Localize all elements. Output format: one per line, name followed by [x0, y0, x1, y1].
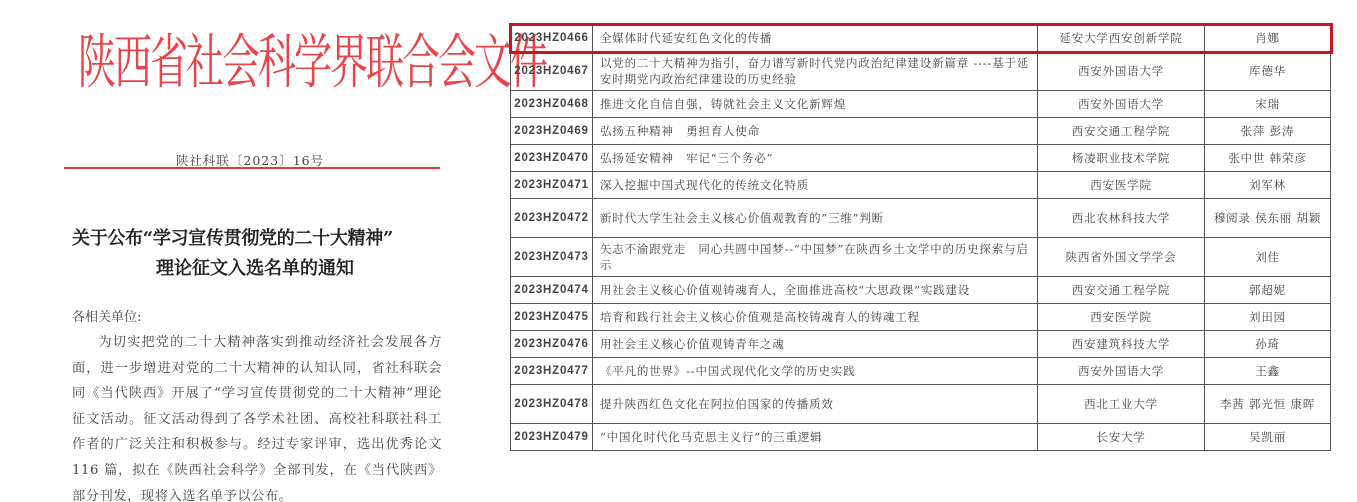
organization-cell: 西安交通工程学院	[1038, 277, 1205, 304]
code-cell: 2023HZ0471	[511, 172, 593, 199]
title-cell: 全媒体时代延安红色文化的传播	[593, 25, 1038, 52]
table-row: 2023HZ0467以党的二十大精神为指引，奋力谱写新时代党内政治纪律建设新篇章…	[511, 52, 1331, 91]
table-row: 2023HZ0472新时代大学生社会主义核心价值观教育的“三维”判断西北农林科技…	[511, 199, 1331, 238]
organization-cell: 西北工业大学	[1038, 385, 1205, 424]
code-cell: 2023HZ0476	[511, 331, 593, 358]
notice-title-line2: 理论征文入选名单的通知	[60, 254, 440, 280]
code-cell: 2023HZ0467	[511, 52, 593, 91]
document-masthead: 陕西省社会科学界联合会文件	[78, 28, 448, 152]
code-cell: 2023HZ0472	[511, 199, 593, 238]
table-row: 2023HZ0473矢志不渝跟党走 同心共圆中国梦--“中国梦”在陕西乡土文学中…	[511, 238, 1331, 277]
author-cell: 李茜 郭光恒 康晖	[1205, 385, 1331, 424]
table-row: 2023HZ0476用社会主义核心价值观铸青年之魂西安建筑科技大学孙琦	[511, 331, 1331, 358]
title-cell: 以党的二十大精神为指引，奋力谱写新时代党内政治纪律建设新篇章 ----基于延安时…	[593, 52, 1038, 91]
code-cell: 2023HZ0479	[511, 424, 593, 451]
author-cell: 吴凯丽	[1205, 424, 1331, 451]
title-cell: 培育和践行社会主义核心价值观是高校铸魂育人的铸魂工程	[593, 304, 1038, 331]
title-cell: 用社会主义核心价值观铸魂育人，全面推进高校“大思政课”实践建设	[593, 277, 1038, 304]
organization-cell: 西安外国语大学	[1038, 358, 1205, 385]
organization-cell: 延安大学西安创新学院	[1038, 25, 1205, 52]
author-cell: 孙琦	[1205, 331, 1331, 358]
title-cell: 深入挖掘中国式现代化的传统文化特质	[593, 172, 1038, 199]
author-cell: 王鑫	[1205, 358, 1331, 385]
author-cell: 刘佳	[1205, 238, 1331, 277]
title-cell: 新时代大学生社会主义核心价值观教育的“三维”判断	[593, 199, 1038, 238]
author-cell: 张中世 韩荣彦	[1205, 145, 1331, 172]
table-row: 2023HZ0471深入挖掘中国式现代化的传统文化特质西安医学院刘军林	[511, 172, 1331, 199]
table-row-highlighted: 2023HZ0466全媒体时代延安红色文化的传播延安大学西安创新学院肖娜	[511, 25, 1331, 52]
code-cell: 2023HZ0466	[511, 25, 593, 52]
title-cell: 用社会主义核心价值观铸青年之魂	[593, 331, 1038, 358]
title-cell: “中国化时代化马克思主义行”的三重逻辑	[593, 424, 1038, 451]
table-row: 2023HZ0477《平凡的世界》--中国式现代化文学的历史实践西安外国语大学王…	[511, 358, 1331, 385]
organization-cell: 陕西省外国文学学会	[1038, 238, 1205, 277]
author-cell: 刘田园	[1205, 304, 1331, 331]
title-cell: 弘扬延安精神 牢记“三个务必”	[593, 145, 1038, 172]
organization-cell: 西安医学院	[1038, 304, 1205, 331]
notice-title-line1: 关于公布“学习宣传贯彻党的二十大精神”	[72, 224, 452, 250]
organization-cell: 长安大学	[1038, 424, 1205, 451]
selection-list-table: 2023HZ0466全媒体时代延安红色文化的传播延安大学西安创新学院肖娜2023…	[510, 24, 1330, 451]
notice-body: 为切实把党的二十大精神落实到推动经济社会发展各方面，进一步增进对党的二十大精神的…	[72, 330, 442, 502]
salutation: 各相关单位:	[72, 306, 141, 325]
table-row: 2023HZ0470弘扬延安精神 牢记“三个务必”杨凌职业技术学院张中世 韩荣彦	[511, 145, 1331, 172]
table-row: 2023HZ0475培育和践行社会主义核心价值观是高校铸魂育人的铸魂工程西安医学…	[511, 304, 1331, 331]
code-cell: 2023HZ0478	[511, 385, 593, 424]
title-cell: 提升陕西红色文化在阿拉伯国家的传播质效	[593, 385, 1038, 424]
author-cell: 宋瑞	[1205, 91, 1331, 118]
code-cell: 2023HZ0474	[511, 277, 593, 304]
organization-cell: 杨凌职业技术学院	[1038, 145, 1205, 172]
code-cell: 2023HZ0477	[511, 358, 593, 385]
title-cell: 矢志不渝跟党走 同心共圆中国梦--“中国梦”在陕西乡土文学中的历史探索与启示	[593, 238, 1038, 277]
organization-cell: 西安外国语大学	[1038, 52, 1205, 91]
title-cell: 推进文化自信自强，铸就社会主义文化新辉煌	[593, 91, 1038, 118]
organization-cell: 西北农林科技大学	[1038, 199, 1205, 238]
table-row: 2023HZ0469弘扬五种精神 勇担育人使命西安交通工程学院张萍 彭涛	[511, 118, 1331, 145]
table-row: 2023HZ0478提升陕西红色文化在阿拉伯国家的传播质效西北工业大学李茜 郭光…	[511, 385, 1331, 424]
table-row: 2023HZ0474用社会主义核心价值观铸魂育人，全面推进高校“大思政课”实践建…	[511, 277, 1331, 304]
title-cell: 《平凡的世界》--中国式现代化文学的历史实践	[593, 358, 1038, 385]
red-divider-line	[64, 167, 440, 169]
code-cell: 2023HZ0475	[511, 304, 593, 331]
organization-cell: 西安外国语大学	[1038, 91, 1205, 118]
notice-document: 陕西省社会科学界联合会文件 陕社科联〔2023〕16号 关于公布“学习宣传贯彻党…	[0, 0, 500, 502]
table-row: 2023HZ0468推进文化自信自强，铸就社会主义文化新辉煌西安外国语大学宋瑞	[511, 91, 1331, 118]
title-cell: 弘扬五种精神 勇担育人使命	[593, 118, 1038, 145]
code-cell: 2023HZ0473	[511, 238, 593, 277]
author-cell: 库德华	[1205, 52, 1331, 91]
author-cell: 肖娜	[1205, 25, 1331, 52]
organization-cell: 西安医学院	[1038, 172, 1205, 199]
organization-cell: 西安建筑科技大学	[1038, 331, 1205, 358]
code-cell: 2023HZ0470	[511, 145, 593, 172]
organization-cell: 西安交通工程学院	[1038, 118, 1205, 145]
author-cell: 穆阅录 侯东丽 胡颖	[1205, 199, 1331, 238]
author-cell: 张萍 彭涛	[1205, 118, 1331, 145]
table-row: 2023HZ0479“中国化时代化马克思主义行”的三重逻辑长安大学吴凯丽	[511, 424, 1331, 451]
code-cell: 2023HZ0469	[511, 118, 593, 145]
code-cell: 2023HZ0468	[511, 91, 593, 118]
author-cell: 刘军林	[1205, 172, 1331, 199]
author-cell: 郭超妮	[1205, 277, 1331, 304]
